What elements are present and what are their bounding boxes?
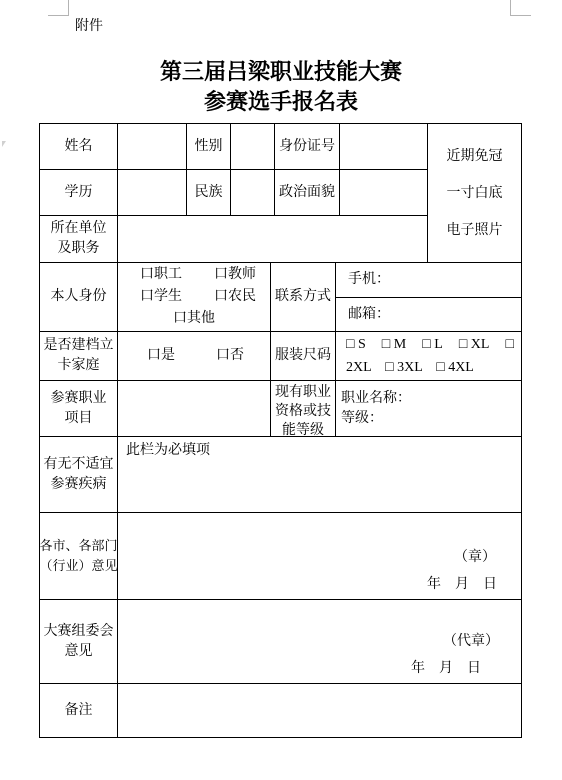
contact-label-cell: 联系方式 — [271, 263, 336, 332]
qualification-input-cell[interactable]: 职业名称： 等级： — [336, 381, 521, 437]
date-placeholder: 年 月 日 — [427, 575, 497, 595]
poverty-label-line2: 卡家庭 — [44, 356, 114, 376]
occupation-name-label: 职业名称： — [341, 389, 411, 409]
qualification-label-line2: 资格或技 — [275, 402, 331, 421]
checkbox-option-no[interactable]: 口否 — [216, 346, 244, 366]
clothing-size-label: 服装尺码 — [275, 346, 331, 366]
identity-label: 本人身份 — [51, 287, 107, 307]
email-input-cell[interactable]: 邮箱： — [336, 298, 521, 332]
committee-opinion-label-line1: 大赛组委会 — [44, 622, 114, 642]
committee-opinion-label: 大赛组委会 意见 — [44, 622, 114, 662]
poverty-options-cell: 口是 口否 — [118, 332, 271, 381]
qualification-label-cell: 现有职业 资格或技 能等级 — [271, 381, 336, 437]
work-unit-label-line1: 所在单位 — [51, 219, 107, 239]
identity-options-row2: 口学生 口农民 — [118, 286, 270, 308]
disease-label-line1: 有无不适宜 — [44, 455, 114, 475]
competition-event-label-line1: 参赛职业 — [51, 389, 107, 409]
gender-input-cell[interactable] — [231, 124, 275, 170]
competition-event-label-line2: 项目 — [51, 409, 107, 429]
attachment-label: 附件 — [75, 15, 103, 35]
city-opinion-label-line2: （行业）意见 — [40, 556, 118, 576]
gender-label-cell: 性别 — [187, 124, 231, 170]
work-unit-label-line2: 及职务 — [51, 239, 107, 259]
proxy-seal-placeholder: （代章） — [443, 632, 499, 652]
photo-note-line3: 电子照片 — [447, 212, 503, 249]
level-label: 等级： — [341, 409, 383, 429]
education-input-cell[interactable] — [118, 170, 187, 216]
identity-options-row1: 口职工 口教师 — [118, 264, 270, 286]
seal-placeholder: （章） — [454, 548, 496, 568]
mobile-input-cell[interactable]: 手机： — [336, 263, 521, 298]
political-status-label-cell: 政治面貌 — [275, 170, 340, 216]
qualification-label-line3: 能等级 — [275, 421, 331, 436]
required-note: 此栏为必填项 — [126, 441, 210, 461]
checkbox-option-student[interactable]: 口学生 — [140, 286, 182, 308]
gender-label: 性别 — [195, 137, 223, 157]
poverty-label: 是否建档立 卡家庭 — [44, 336, 114, 376]
remarks-label: 备注 — [65, 701, 93, 721]
checkbox-option-yes[interactable]: 口是 — [147, 346, 175, 366]
work-unit-label-cell: 所在单位 及职务 — [40, 216, 118, 263]
page-margin-mark-top-right-icon — [510, 0, 531, 16]
competition-event-input-cell[interactable] — [118, 381, 271, 437]
photo-note: 近期免冠 一寸白底 电子照片 — [447, 138, 503, 249]
checkbox-option-farmer[interactable]: 口农民 — [214, 286, 256, 308]
clothing-sizes-line2[interactable]: 2XL □ 3XL □ 4XL — [346, 356, 514, 379]
disease-label-cell: 有无不适宜 参赛疾病 — [40, 437, 118, 513]
id-number-label: 身份证号 — [279, 137, 335, 157]
ethnicity-label-cell: 民族 — [187, 170, 231, 216]
checkbox-size-2xl-box[interactable]: □ — [505, 333, 513, 356]
checkbox-option-size-l[interactable]: □ L — [422, 333, 443, 356]
city-opinion-input-cell[interactable]: （章） 年 月 日 — [118, 513, 521, 600]
competition-event-label-cell: 参赛职业 项目 — [40, 381, 118, 437]
city-opinion-label-cell: 各市、各部门 （行业）意见 — [40, 513, 118, 600]
remarks-input-cell[interactable] — [118, 684, 521, 737]
disease-input-cell[interactable]: 此栏为必填项 — [118, 437, 521, 513]
photo-note-line2: 一寸白底 — [447, 175, 503, 212]
work-unit-input-cell[interactable] — [118, 216, 428, 263]
name-label-cell: 姓名 — [40, 124, 118, 170]
checkbox-option-size-s[interactable]: □ S — [346, 333, 366, 356]
mobile-label: 手机： — [348, 270, 390, 290]
id-number-input-cell[interactable] — [340, 124, 428, 170]
registration-form-table: 姓名 性别 身份证号 近期免冠 一寸白底 电子照片 学历 民族 政治面貌 所在单… — [39, 123, 522, 738]
poverty-label-line1: 是否建档立 — [44, 336, 114, 356]
disease-label-line2: 参赛疾病 — [44, 475, 114, 495]
education-label: 学历 — [65, 183, 93, 203]
poverty-label-cell: 是否建档立 卡家庭 — [40, 332, 118, 381]
identity-options-row3: 口其他 — [118, 308, 270, 330]
work-unit-label: 所在单位 及职务 — [51, 219, 107, 259]
committee-date-placeholder: 年 月 日 — [411, 659, 481, 679]
committee-opinion-input-cell[interactable]: （代章） 年 月 日 — [118, 600, 521, 684]
clothing-sizes-line1: □ S □ M □ L □ XL □ — [346, 333, 514, 356]
id-number-label-cell: 身份证号 — [275, 124, 340, 170]
name-input-cell[interactable] — [118, 124, 187, 170]
cursor-artifact-icon — [2, 141, 6, 147]
ethnicity-label: 民族 — [195, 183, 223, 203]
remarks-label-cell: 备注 — [40, 684, 118, 737]
identity-label-cell: 本人身份 — [40, 263, 118, 332]
form-title-line1: 第三届吕梁职业技能大赛 — [0, 57, 562, 86]
competition-event-label: 参赛职业 项目 — [51, 389, 107, 429]
clothing-size-options-cell: □ S □ M □ L □ XL □ 2XL □ 3XL □ 4XL — [336, 332, 521, 381]
committee-opinion-label-cell: 大赛组委会 意见 — [40, 600, 118, 684]
clothing-size-label-cell: 服装尺码 — [271, 332, 336, 381]
ethnicity-input-cell[interactable] — [231, 170, 275, 216]
form-title-line2: 参赛选手报名表 — [0, 87, 562, 116]
identity-options-cell: 口职工 口教师 口学生 口农民 口其他 — [118, 263, 271, 332]
political-status-input-cell[interactable] — [340, 170, 428, 216]
poverty-options: 口是 口否 — [118, 346, 270, 366]
identity-options: 口职工 口教师 口学生 口农民 口其他 — [118, 263, 270, 331]
clothing-size-options: □ S □ M □ L □ XL □ 2XL □ 3XL □ 4XL — [336, 332, 521, 380]
photo-cell: 近期免冠 一寸白底 电子照片 — [428, 124, 521, 263]
name-label: 姓名 — [65, 137, 93, 157]
disease-label: 有无不适宜 参赛疾病 — [44, 455, 114, 495]
city-opinion-label-line1: 各市、各部门 — [40, 536, 118, 556]
contact-label: 联系方式 — [275, 287, 331, 307]
education-label-cell: 学历 — [40, 170, 118, 216]
photo-note-line1: 近期免冠 — [447, 138, 503, 175]
checkbox-option-worker[interactable]: 口职工 — [140, 264, 182, 286]
political-status-label: 政治面貌 — [279, 183, 335, 203]
checkbox-option-other[interactable]: 口其他 — [173, 311, 215, 326]
email-label: 邮箱： — [348, 305, 390, 325]
qualification-label-line1: 现有职业 — [275, 383, 331, 402]
qualification-label: 现有职业 资格或技 能等级 — [275, 381, 331, 436]
checkbox-option-size-xl[interactable]: □ XL — [459, 333, 490, 356]
checkbox-option-size-m[interactable]: □ M — [382, 333, 406, 356]
page-margin-mark-top-left-icon — [48, 0, 69, 16]
checkbox-option-teacher[interactable]: 口教师 — [214, 264, 256, 286]
committee-opinion-label-line2: 意见 — [44, 642, 114, 662]
city-opinion-label: 各市、各部门 （行业）意见 — [40, 536, 118, 576]
